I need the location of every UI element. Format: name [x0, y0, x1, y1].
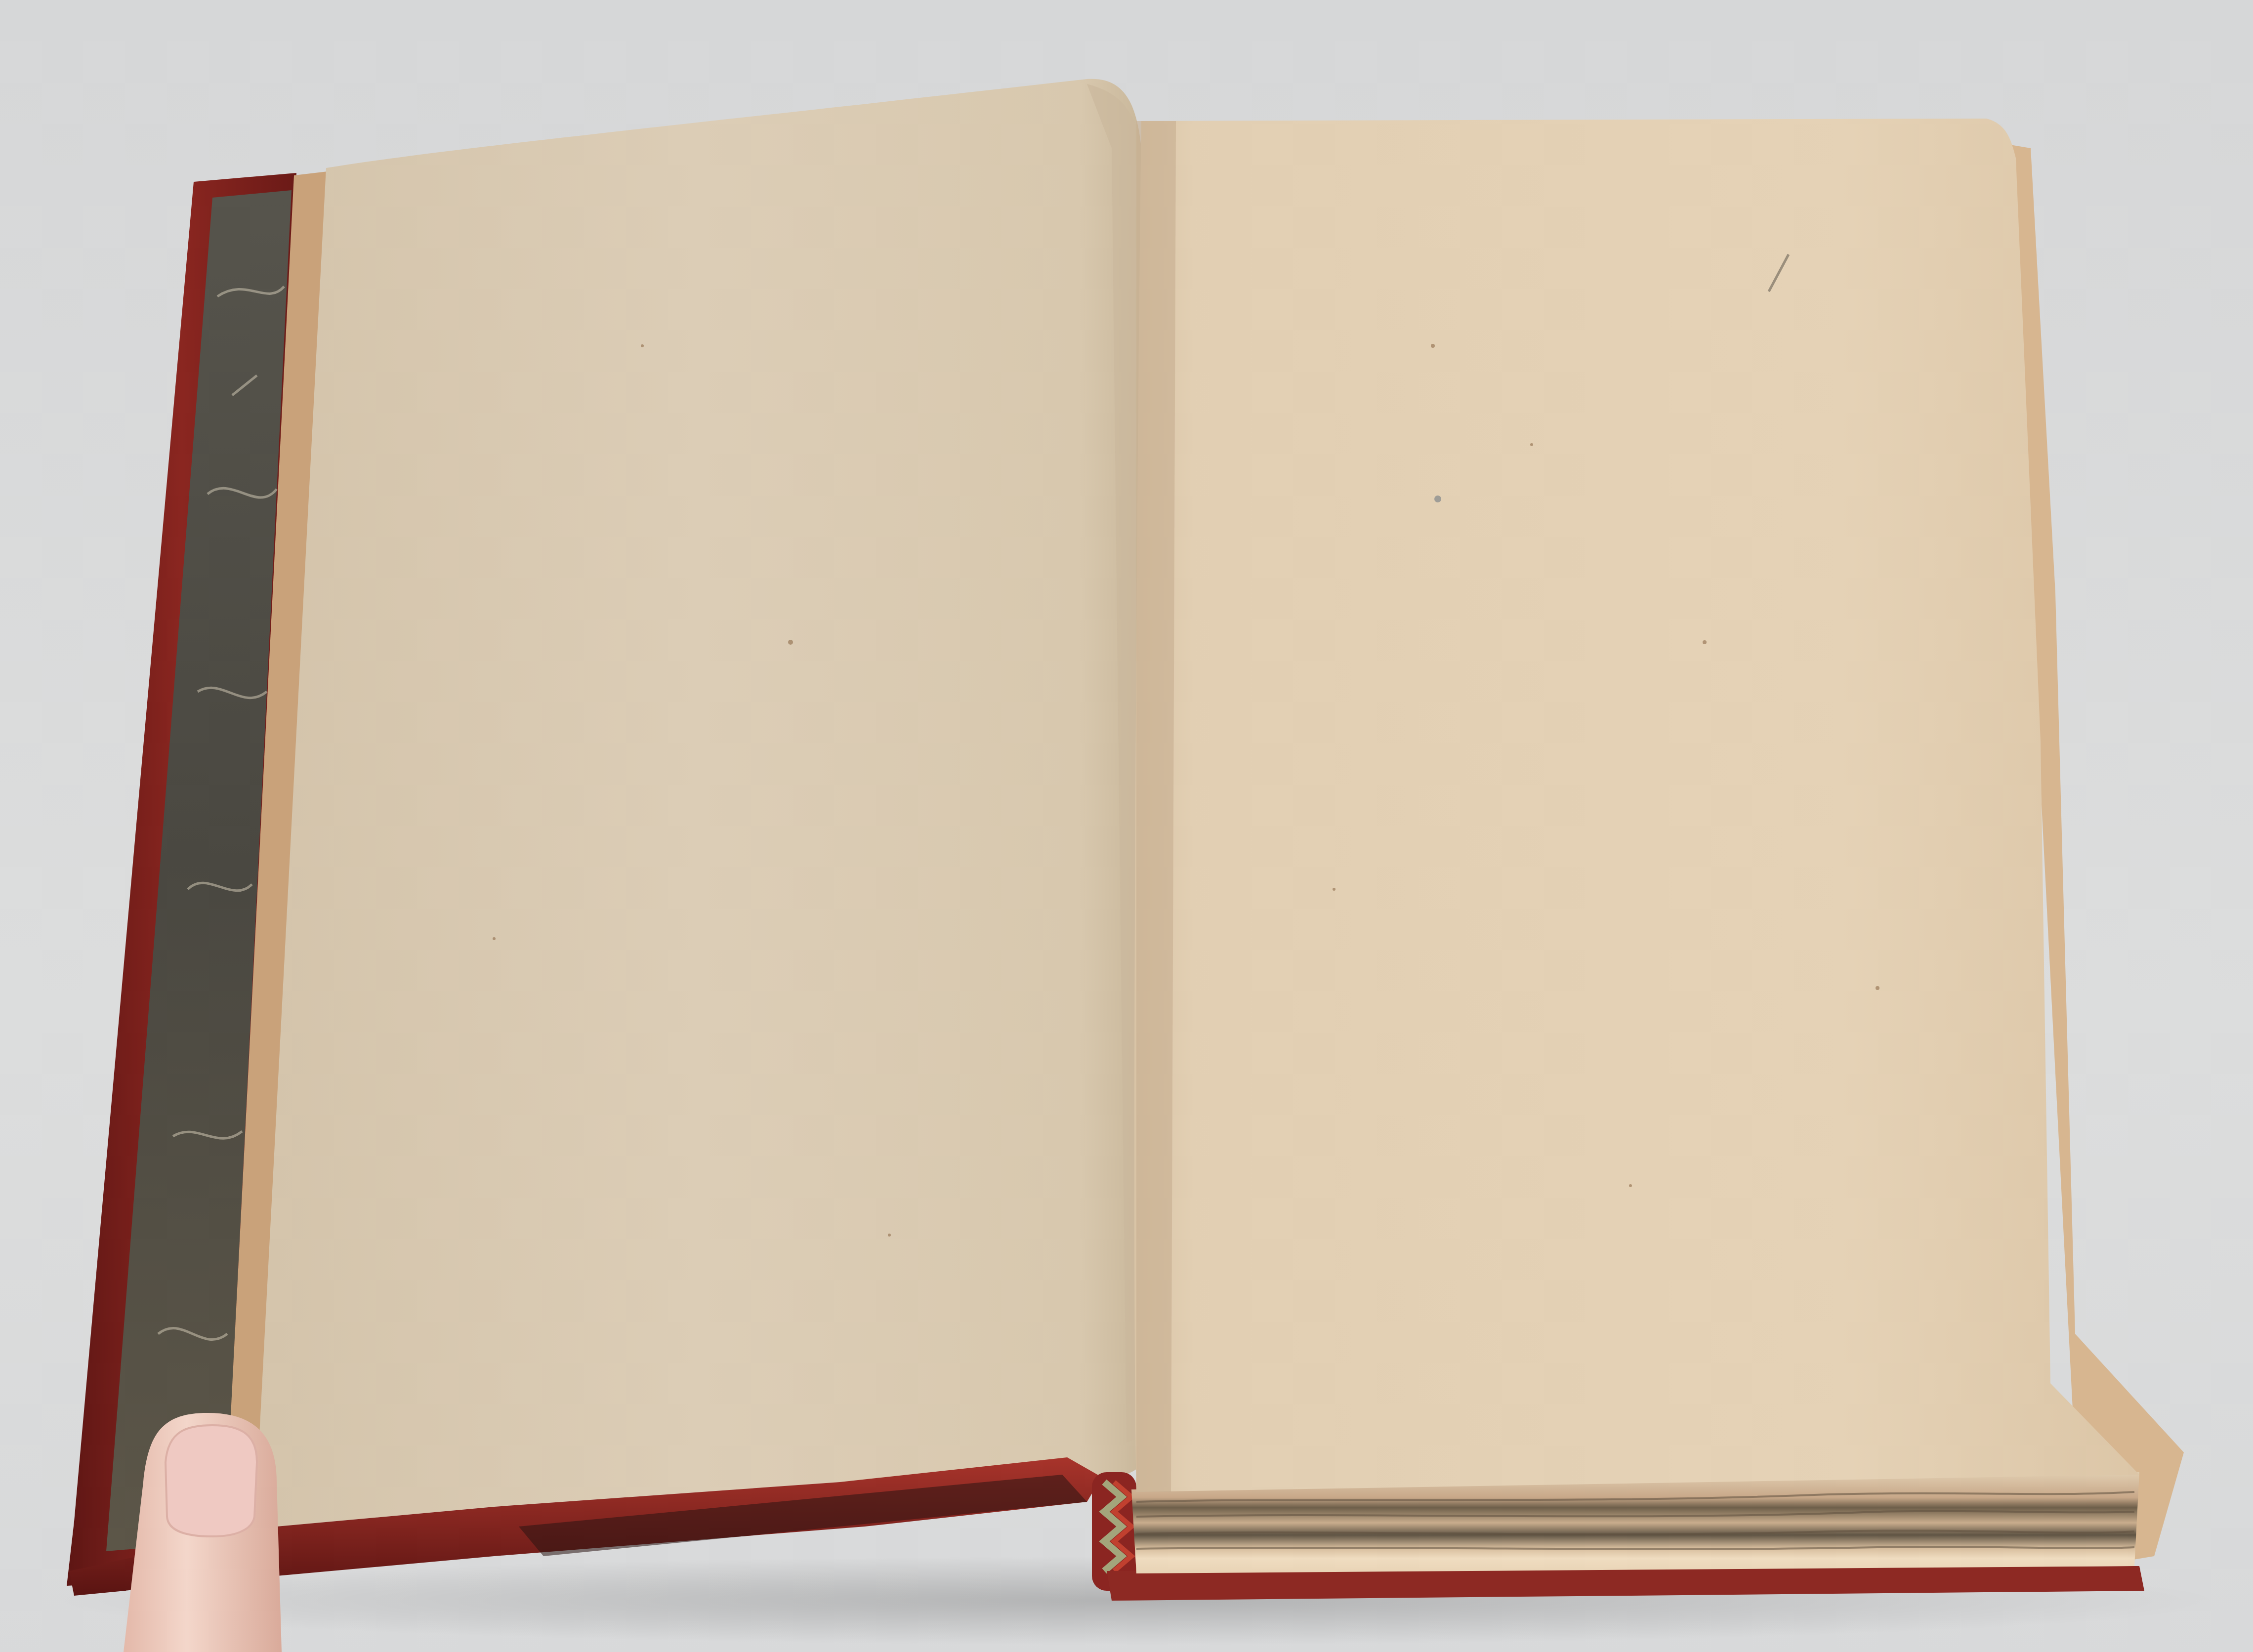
left-page [257, 79, 1151, 1527]
fingernail [166, 1425, 257, 1536]
photo-scene: Open antique book with blank flyleaves [0, 0, 2253, 1652]
book-illustration [0, 0, 2253, 1652]
right-page [1134, 119, 2139, 1492]
